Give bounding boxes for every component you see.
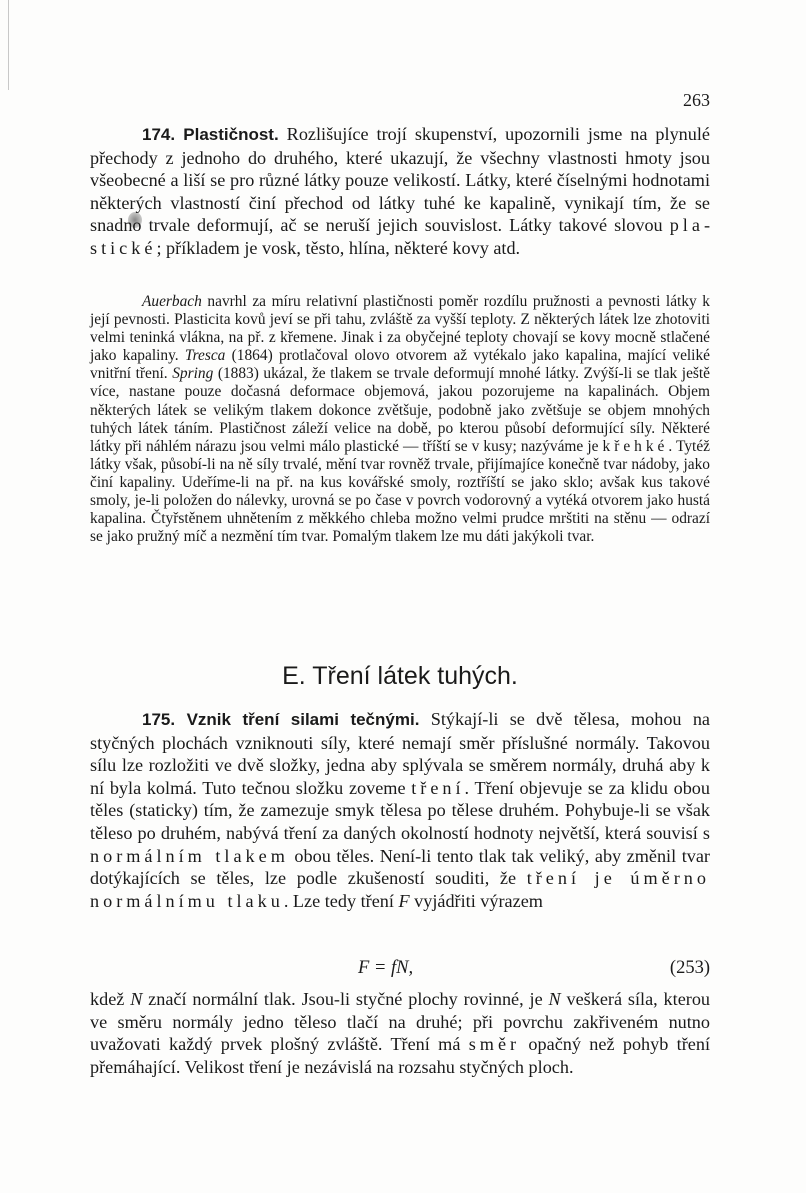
text-run: . Lze tedy tření — [284, 891, 399, 911]
emphasized-term: křehké — [603, 438, 669, 455]
book-page: 263 174. Plastičnost. Rozlišujíce trojí … — [0, 0, 806, 1193]
page-edge — [8, 0, 9, 90]
section-174-note: Auerbach navrhl za míru relativní plasti… — [90, 293, 710, 546]
italic-term: N — [549, 989, 561, 1009]
page-number: 263 — [683, 90, 710, 111]
equation-number: (253) — [670, 958, 710, 979]
paragraph: kdež N značí normální tlak. Jsou-li styč… — [90, 988, 710, 1078]
section-175-paragraph: 175. Vznik tření silami tečnými. Stýkají… — [90, 708, 710, 912]
note-paragraph: Auerbach navrhl za míru relativní plasti… — [90, 293, 710, 546]
equation-expression: F = fN, — [358, 958, 413, 979]
italic-term: Auerbach — [142, 293, 202, 310]
text-run: značí normální tlak. Jsou-li styčné ploc… — [142, 989, 548, 1009]
section-175-heading: 175. Vznik tření silami tečnými. — [142, 710, 419, 729]
italic-term: N — [130, 989, 142, 1009]
paragraph: 174. Plastičnost. Rozlišujíce trojí skup… — [90, 123, 710, 260]
italic-term: Spring — [172, 365, 213, 382]
italic-term: F — [398, 891, 409, 911]
paragraph: 175. Vznik tření silami tečnými. Stýkají… — [90, 708, 710, 912]
emphasized-term: normálním tlakem — [90, 846, 289, 866]
emphasized-term: směr — [469, 1034, 520, 1054]
equation-253: F = fN, (253) — [90, 958, 710, 982]
section-174-heading: 174. Plastičnost. — [142, 125, 279, 144]
section-174-paragraph: 174. Plastičnost. Rozlišujíce trojí skup… — [90, 123, 710, 260]
italic-term: Tresca — [185, 347, 225, 364]
section-title: E. Tření látek tuhých. — [90, 662, 710, 691]
emphasized-term: tření — [411, 778, 464, 798]
text-run: ; příkladem je vosk, těsto, hlína, někte… — [156, 238, 520, 258]
text-run: kdež — [90, 989, 130, 1009]
section-175-paragraph-2: kdež N značí normální tlak. Jsou-li styč… — [90, 988, 710, 1078]
text-run: vyjádřiti výrazem — [410, 891, 543, 911]
